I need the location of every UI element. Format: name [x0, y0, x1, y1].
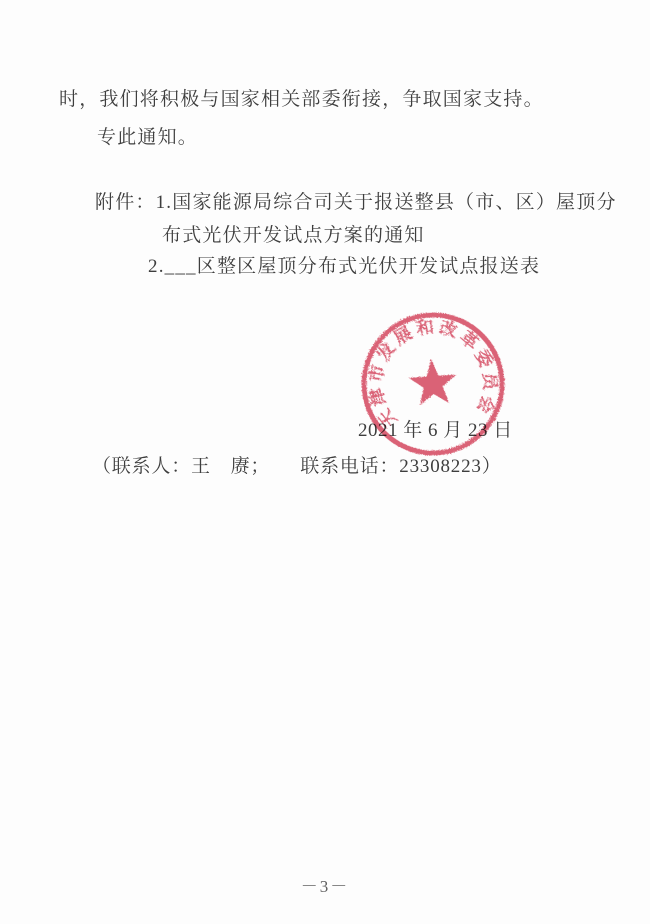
issue-date: 2021 年 6 月 23 日	[358, 419, 513, 443]
seal-character: 和	[415, 316, 435, 338]
official-seal: 天津市发展和改革委员会	[348, 299, 518, 469]
seal-character: 津	[366, 386, 390, 408]
star-icon	[408, 357, 459, 405]
seal-character: 委	[471, 346, 497, 371]
seal-character: 员	[480, 372, 501, 392]
attachment-item-1-line-2: 布式光伏开发试点方案的通知	[162, 224, 425, 248]
seal-character: 发	[372, 339, 399, 366]
seal-character: 展	[390, 322, 416, 348]
seal-character: 改	[437, 317, 460, 341]
seal-character: 会	[474, 393, 499, 417]
seal-character: 市	[366, 363, 389, 384]
attachment-item-1-line-1: 附件：1.国家能源局综合司关于报送整县（市、区）屋顶分	[95, 191, 617, 215]
contact-line: （联系人：王 赓； 联系电话：23308223）	[92, 455, 502, 479]
seal-character: 革	[456, 327, 483, 354]
page-number: －3－	[0, 872, 650, 897]
closing-line: 专此通知。	[97, 126, 198, 150]
body-paragraph-line: 时，我们将积极与国家相关部委衔接，争取国家支持。	[59, 88, 544, 112]
attachment-item-2: 2.___区整区屋顶分布式光伏开发试点报送表	[148, 255, 540, 279]
document-page: 时，我们将积极与国家相关部委衔接，争取国家支持。 专此通知。 附件：1.国家能源…	[0, 0, 650, 924]
